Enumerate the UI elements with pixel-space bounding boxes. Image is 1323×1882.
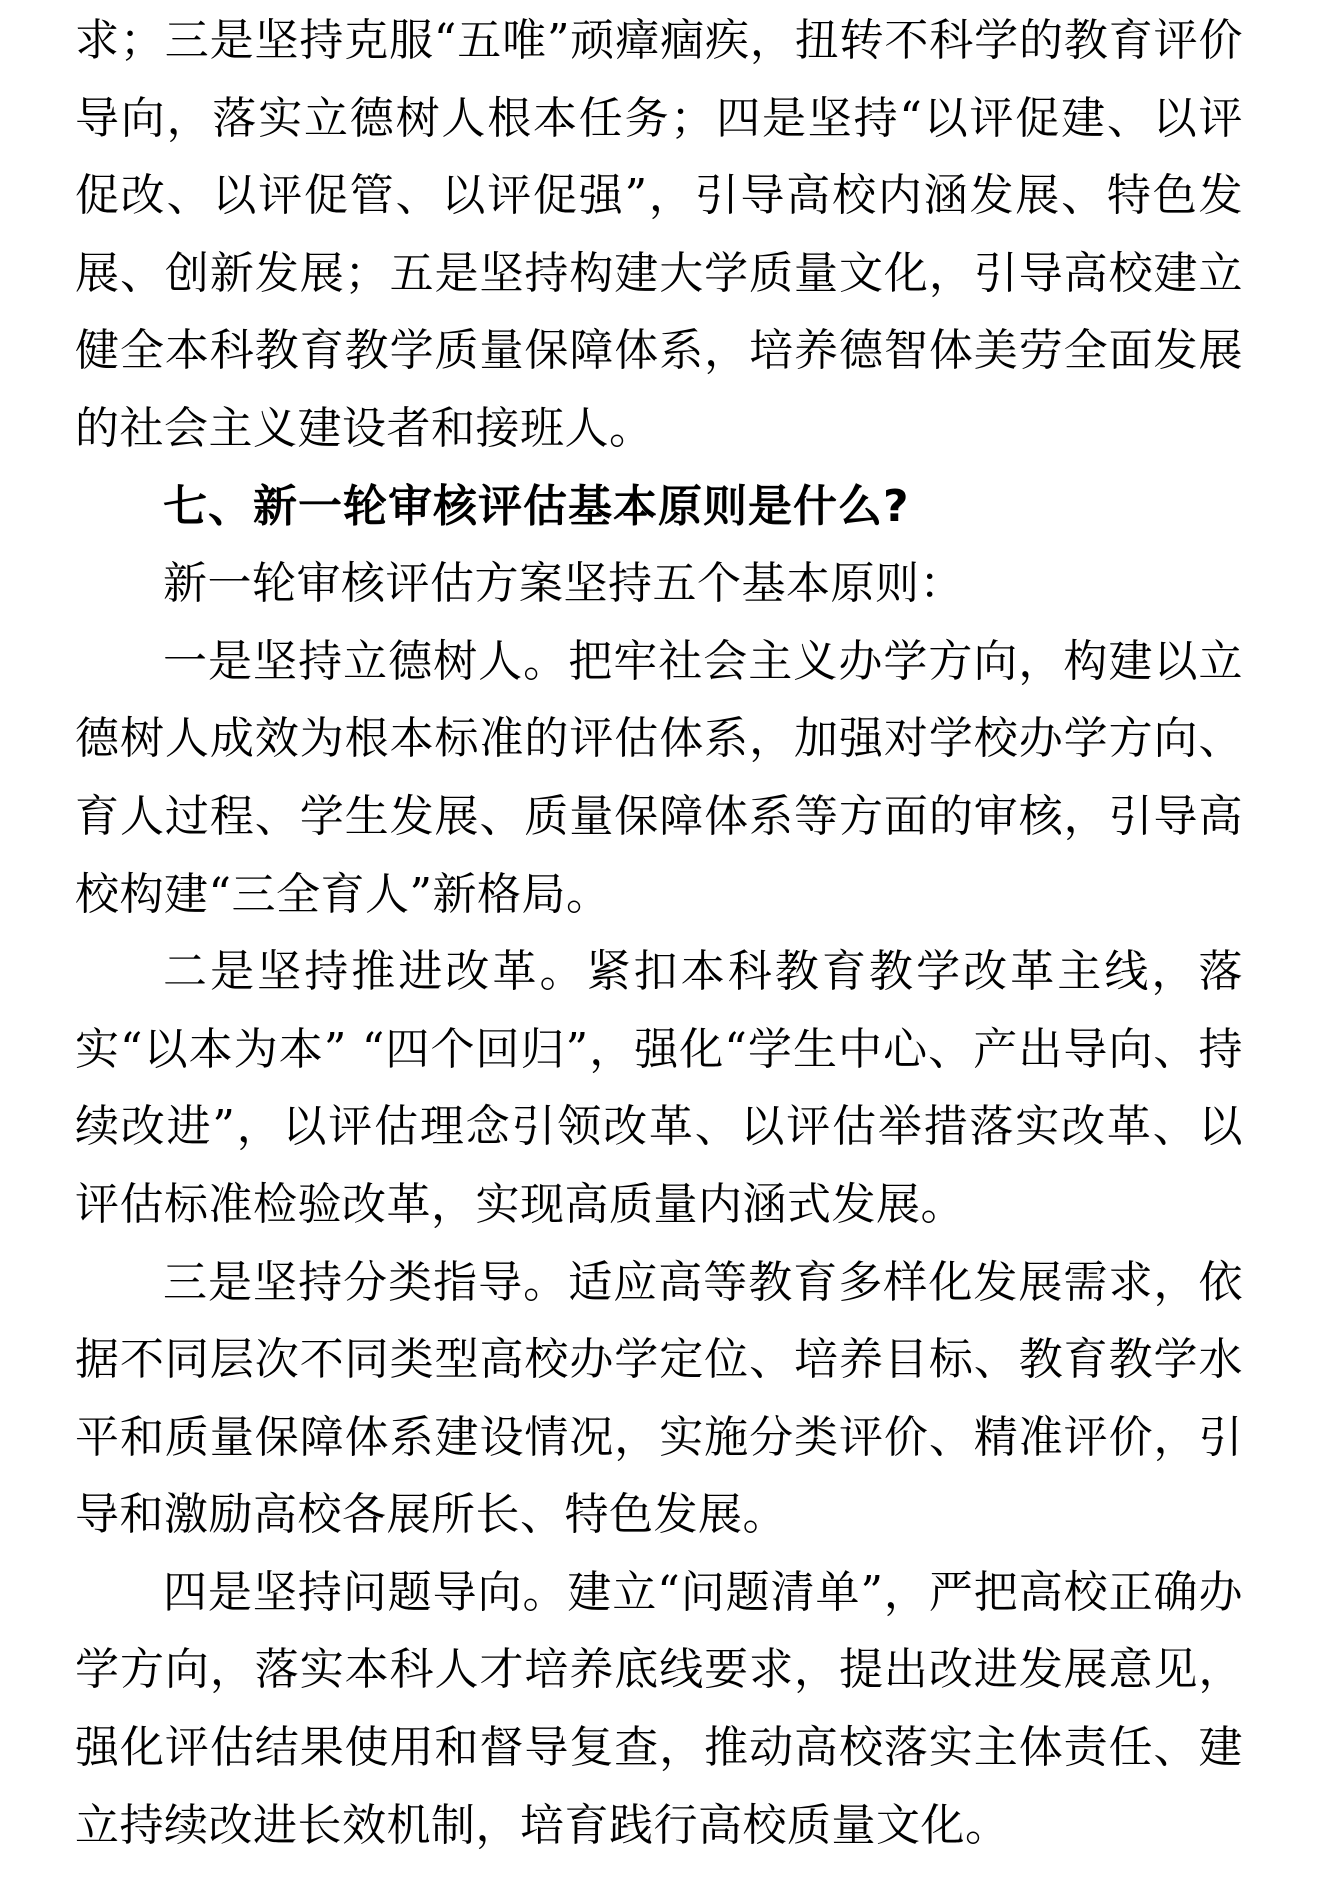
document-body: 求；三是坚持克服“五唯”顽瘴痼疾，扭转不科学的教育评价导向，落实立德树人根本任务… <box>75 2 1243 1864</box>
paragraph: 二是坚持推进改革。紧扣本科教育教学改革主线，落实“以本为本” “四个回归”，强化… <box>75 933 1243 1243</box>
section-heading: 七、新一轮审核评估基本原则是什么? <box>75 468 1243 546</box>
paragraph: 新一轮审核评估方案坚持五个基本原则： <box>75 545 1243 623</box>
paragraph: 一是坚持立德树人。把牢社会主义办学方向，构建以立德树人成效为根本标准的评估体系，… <box>75 623 1243 933</box>
document-page: 求；三是坚持克服“五唯”顽瘴痼疾，扭转不科学的教育评价导向，落实立德树人根本任务… <box>0 0 1323 1882</box>
paragraph: 三是坚持分类指导。适应高等教育多样化发展需求，依据不同层次不同类型高校办学定位、… <box>75 1244 1243 1554</box>
paragraph: 求；三是坚持克服“五唯”顽瘴痼疾，扭转不科学的教育评价导向，落实立德树人根本任务… <box>75 2 1243 468</box>
paragraph: 四是坚持问题导向。建立“问题清单”，严把高校正确办学方向，落实本科人才培养底线要… <box>75 1554 1243 1864</box>
